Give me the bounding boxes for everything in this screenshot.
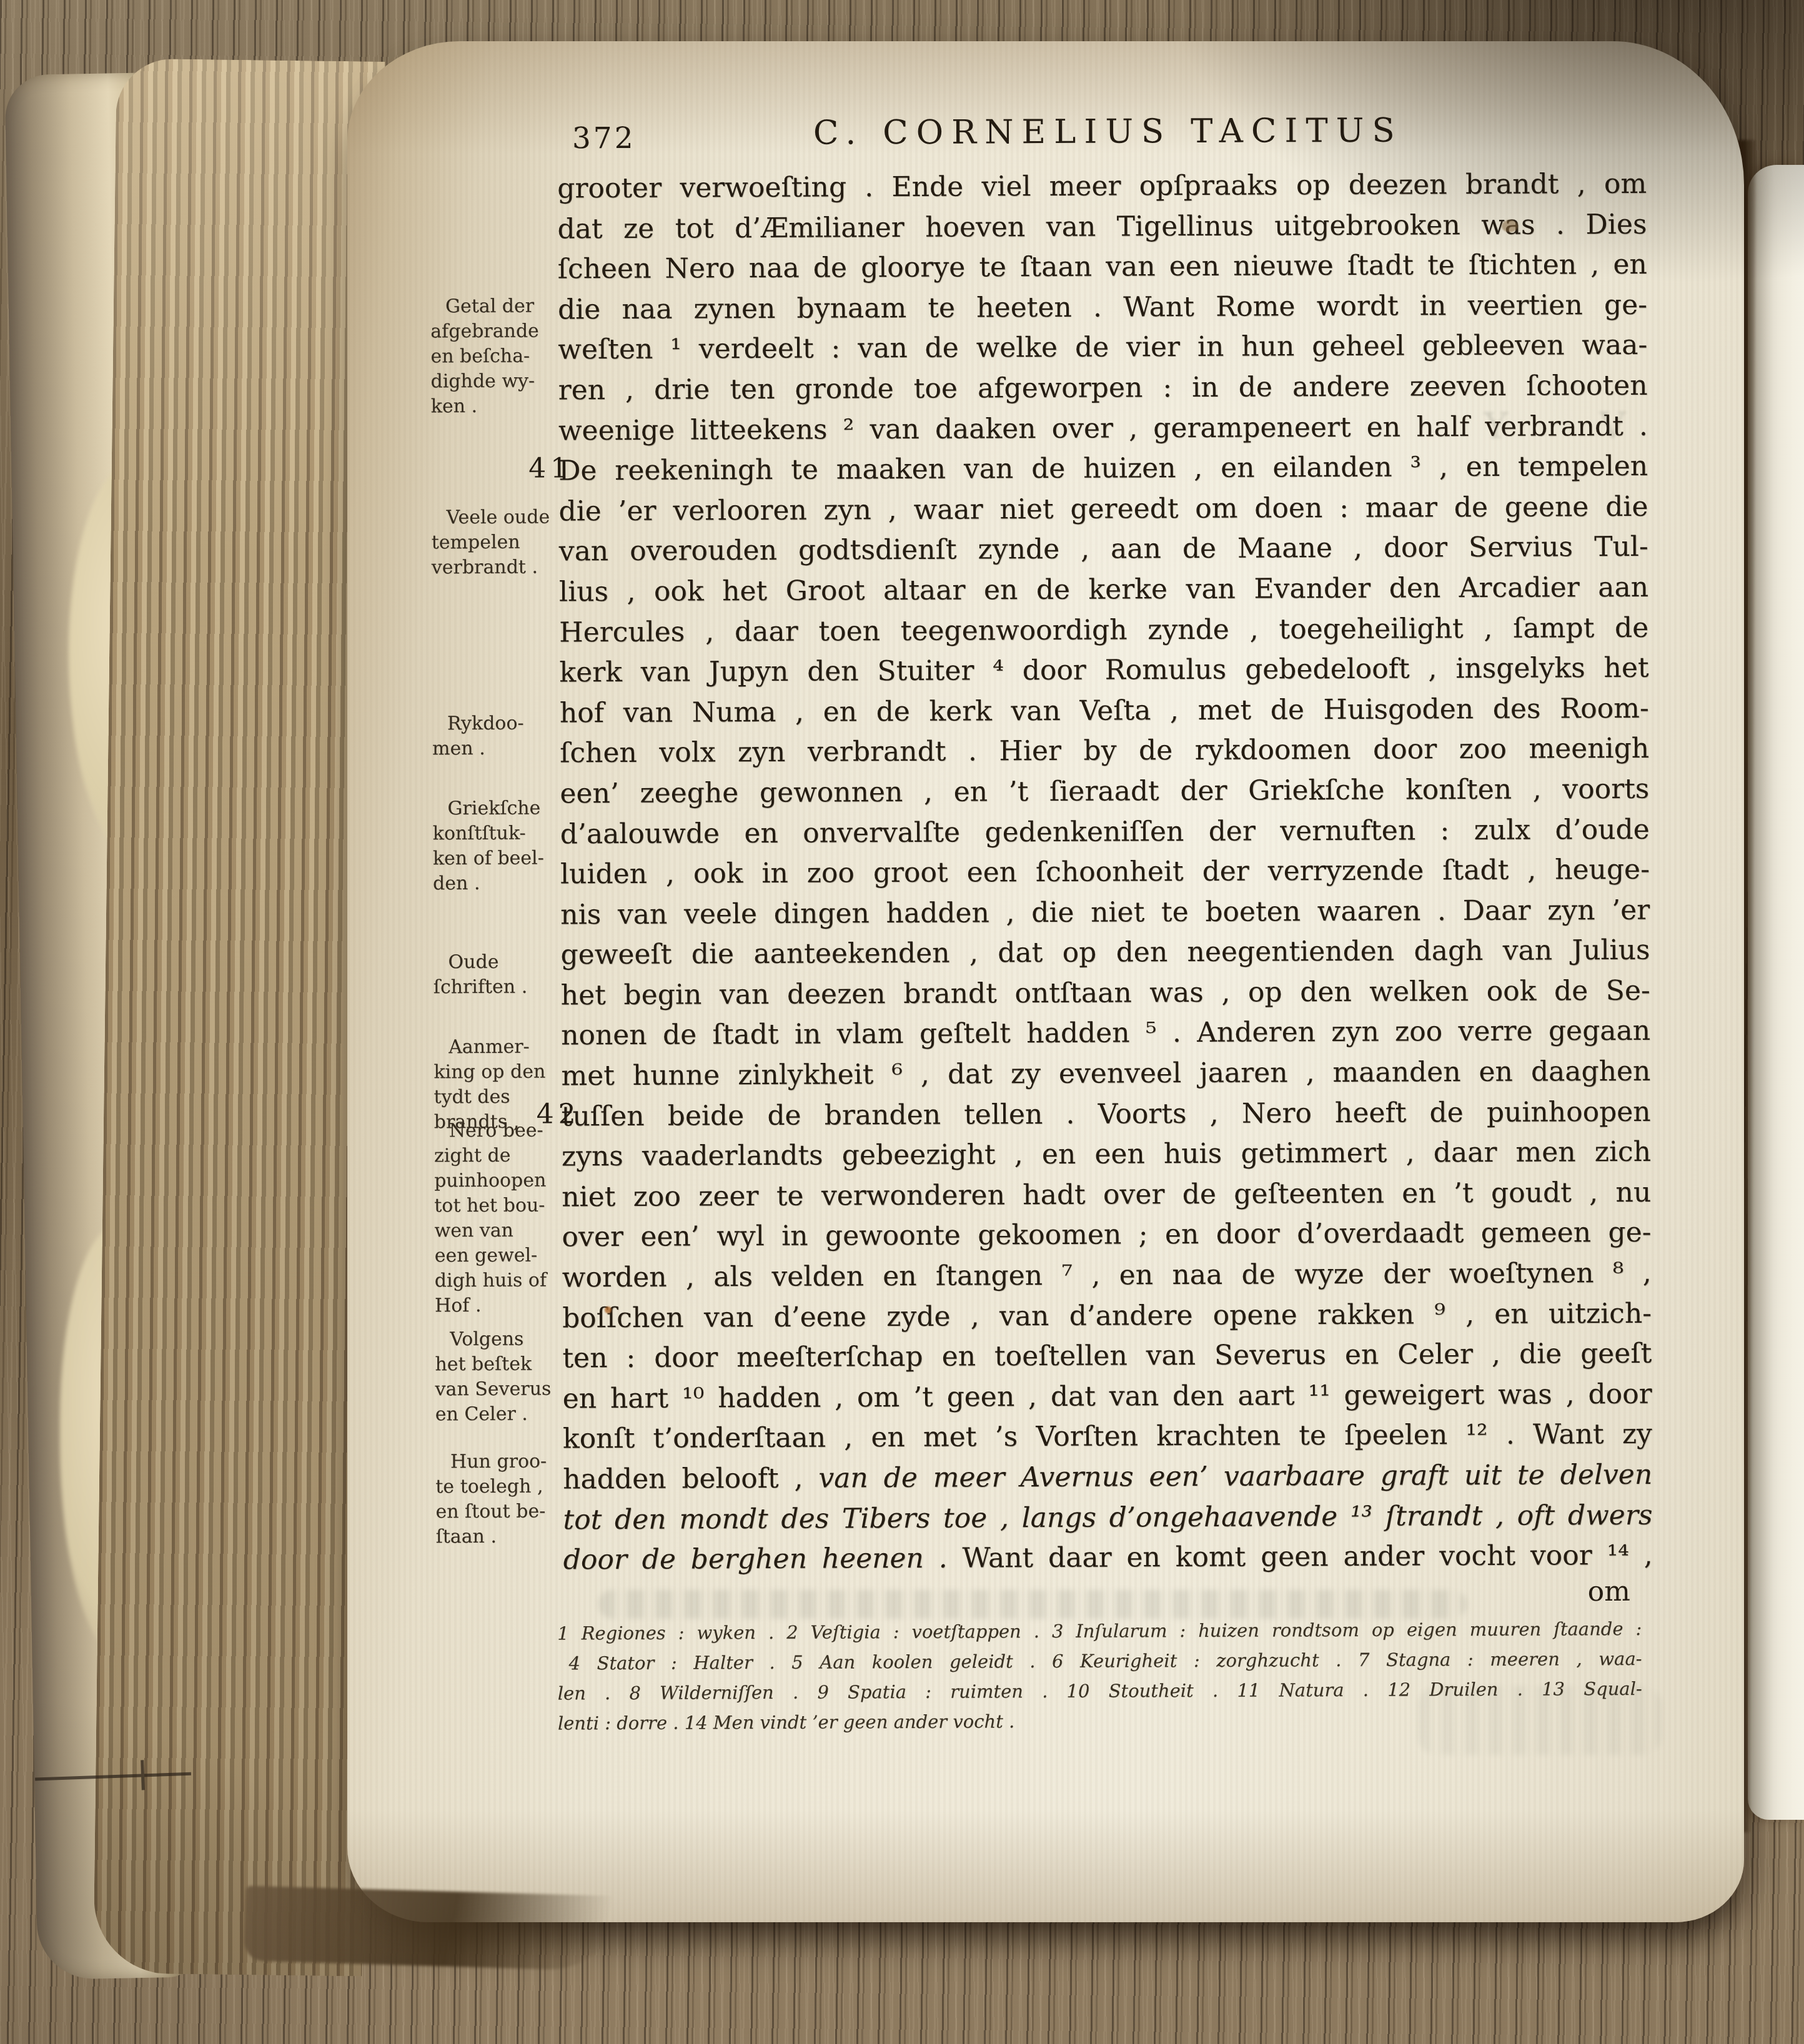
text-line: nonen de ſtadt in vlam geſtelt hadden ⁵ … <box>561 1011 1650 1056</box>
margin-note: Nero bee- zight de puinhoopen tot het bo… <box>434 1118 560 1318</box>
main-text-block: grooter verwoeſting . Ende viel meer opſ… <box>557 164 1653 1581</box>
text-line: over een’ wyl in gewoonte gekoomen ; en … <box>562 1213 1651 1258</box>
text-line: tot den mondt des Tibers toe , langs d’o… <box>563 1495 1652 1540</box>
fox-spot-stain <box>1502 220 1518 232</box>
text-line: De reekeningh te maaken van de huizen , … <box>558 447 1648 491</box>
photo-of-antique-book-page: 372 C. CORNELIUS TACITUS 41 42 Getal der… <box>0 0 1804 2044</box>
ink-bleed-through-letters: Y V <box>1484 404 1666 447</box>
text-line: geweeſt die aanteekenden , dat op den ne… <box>560 931 1650 975</box>
text-line: lius , ook het Groot altaar en de kerke … <box>559 568 1648 613</box>
text-line: en hart ¹⁰ hadden , om ’t geen , dat van… <box>562 1375 1652 1419</box>
margin-note: Rykdoo- men . <box>432 711 557 761</box>
page-number: 372 <box>572 121 636 156</box>
margin-note: Veele oude tempelen verbrandt . <box>431 505 557 580</box>
text-line: ſchen volx zyn verbrandt . Hier by de ry… <box>560 729 1649 774</box>
text-line: die ’er verlooren zyn , waar niet gereed… <box>558 487 1648 532</box>
text-line: dat ze tot d’Æmilianer hoeven van Tigell… <box>557 204 1647 249</box>
text-line: door de berghen heenen . Want daar en ko… <box>563 1536 1653 1581</box>
footnote-line: 1 Regiones : wyken . 2 Veſtigia : voetſt… <box>557 1618 1642 1644</box>
fox-spot-stain <box>605 1306 612 1313</box>
text-line: hof van Numa , en de kerk van Veſta , me… <box>560 688 1649 733</box>
margin-note: Getal der afgebrande en beſcha- dighde w… <box>430 294 556 419</box>
text-line: van overouden godtsdienſt zynde , aan de… <box>559 527 1648 572</box>
text-line: tuſſen beide de branden tellen . Voorts … <box>562 1092 1651 1137</box>
text-line: ſcheen Nero naa de gloorye te ſtaan van … <box>558 245 1647 290</box>
margin-note: Oude ſchriften . <box>433 949 558 1000</box>
text-line: Hercules , daar toen teegenwoordigh zynd… <box>559 608 1648 653</box>
text-line: luiden , ook in zoo groot een ſchoonheit… <box>560 850 1650 895</box>
text-line: met hunne zinlykheit ⁶ , dat zy evenveel… <box>561 1052 1650 1097</box>
margin-note: Volgens het beſtek van Severus en Celer … <box>435 1326 560 1427</box>
text-line: zyns vaaderlandts gebeezight , en een hu… <box>562 1132 1651 1177</box>
text-line: die naa zynen bynaam te heeten . Want Ro… <box>558 285 1647 330</box>
bleed-through-smudge <box>598 1590 1467 1619</box>
text-line: hadden belooft , van de meer Avernus een… <box>563 1455 1652 1500</box>
text-line: grooter verwoeſting . Ende viel meer opſ… <box>557 164 1647 209</box>
text-line: worden , als velden en ſtangen ⁷ , en na… <box>562 1253 1652 1298</box>
text-line: het begin van deezen brandt ontſtaan was… <box>561 971 1650 1016</box>
bleed-through-smudge <box>1418 1686 1662 1755</box>
text-line: een’ zeeghe gewonnen , en ’t ſieraadt de… <box>560 769 1649 814</box>
text-line: boſſchen van d’eene zyde , van d’andere … <box>562 1293 1652 1338</box>
text-line: d’aalouwde en onvervalſte gedenkeniſſen … <box>560 809 1650 854</box>
text-line: ten : door meeſterſchap en toeſtellen va… <box>562 1334 1652 1379</box>
text-line: konſt t’onderſtaan , en met ’s Vorſten k… <box>563 1415 1652 1459</box>
text-line: kerk van Jupyn den Stuiter ⁴ door Romulu… <box>559 648 1648 693</box>
margin-note: Griekſche konſtſtuk- ken of beel- den . <box>432 796 558 896</box>
text-line: niet zoo zeer te verwonderen hadt over d… <box>562 1173 1651 1218</box>
margin-note: Hun groo- te toelegh , en ſtout be- ſtaa… <box>435 1449 561 1549</box>
text-line: weſten ¹ verdeelt : van de welke de vier… <box>558 325 1647 370</box>
running-title: C. CORNELIUS TACITUS <box>708 111 1508 153</box>
text-line: nis van veele dingen hadden , die niet t… <box>560 890 1650 935</box>
footnote-line: 4 Stator : Halter . 5 Aan koolen geleidt… <box>557 1648 1642 1674</box>
